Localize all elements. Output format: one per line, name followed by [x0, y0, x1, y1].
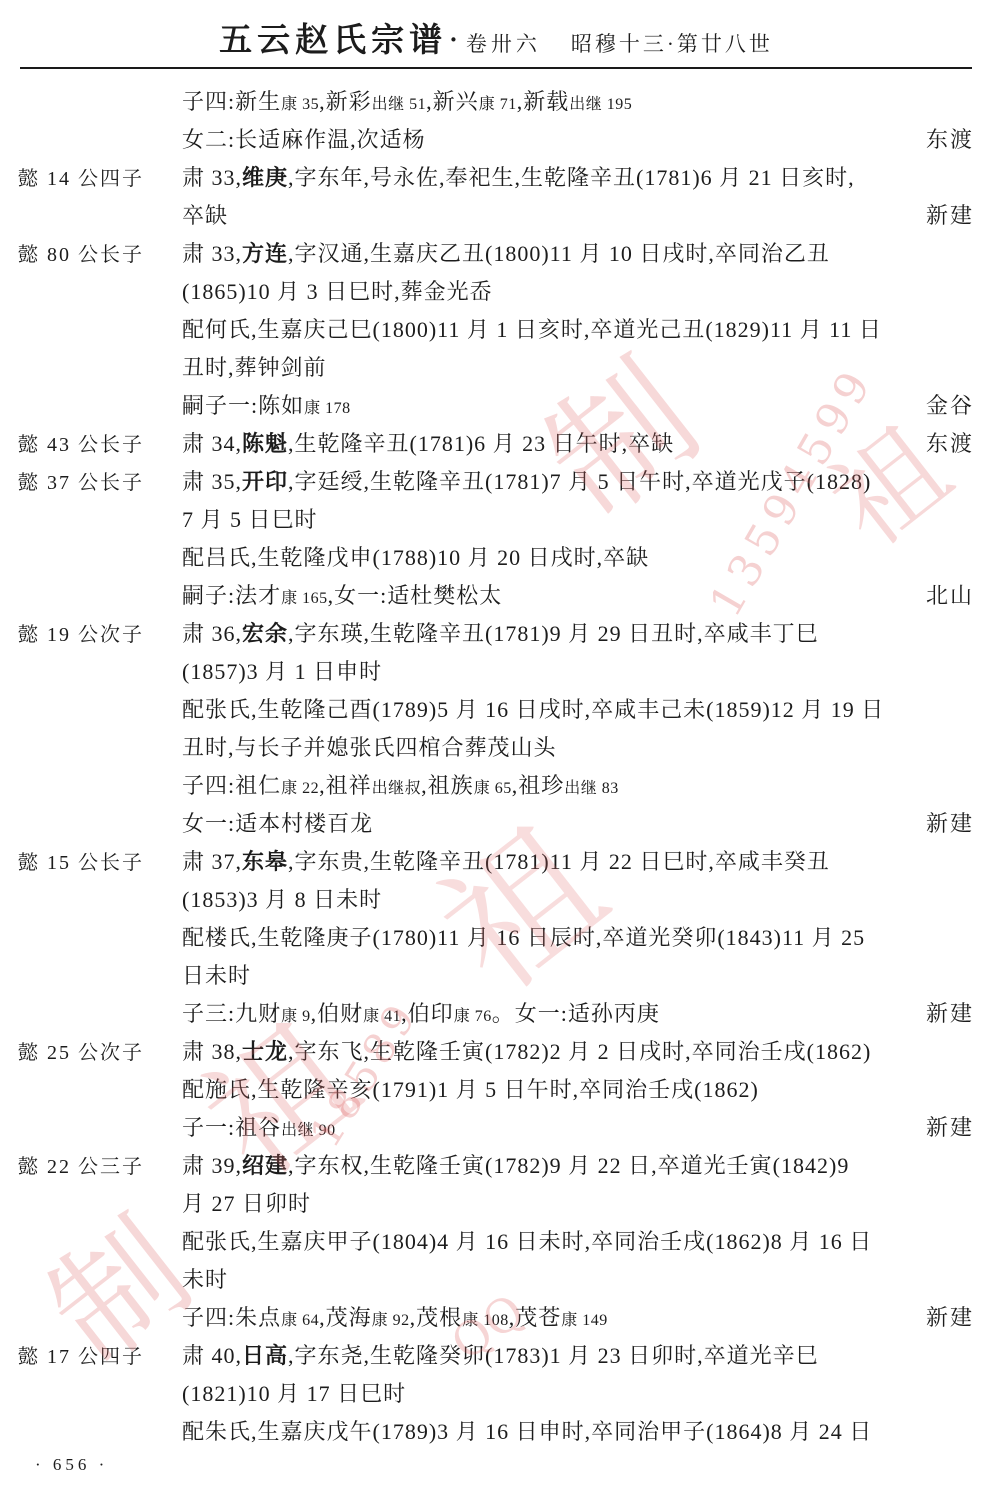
genealogy-line: 懿 43 公长子肃 34,陈魁,生乾隆辛丑(1781)6 月 23 日午时,卒缺… [0, 425, 992, 463]
line-text: 女二:长适麻作温,次适杨 [182, 121, 926, 159]
genealogy-line: 嗣子:法才康 165,女一:适杜樊松太北山 [0, 577, 992, 615]
line-text: 肃 38,士龙,字东飞,生乾隆壬寅(1782)2 月 2 日戌时,卒同治壬戌(1… [182, 1033, 992, 1071]
line-text: 配楼氏,生乾隆庚子(1780)11 月 16 日辰时,卒道光癸卯(1843)11… [182, 919, 992, 957]
genealogy-line: (1857)3 月 1 日申时 [0, 653, 992, 691]
clan-rank-label: 懿 80 公长子 [0, 236, 182, 274]
genealogy-line: 配朱氏,生嘉庆戊午(1789)3 月 16 日申时,卒同治甲子(1864)8 月… [0, 1413, 992, 1451]
line-text: (1853)3 月 8 日未时 [182, 881, 992, 919]
line-text: 肃 40,日高,字东尧,生乾隆癸卯(1783)1 月 23 日卯时,卒道光辛巳 [182, 1337, 992, 1375]
line-text: 未时 [182, 1261, 992, 1299]
line-text: 配施氏,生乾隆辛亥(1791)1 月 5 日午时,卒同治壬戌(1862) [182, 1071, 992, 1109]
genealogy-line: 7 月 5 日巳时 [0, 501, 992, 539]
lines: 子四:新生康 35,新彩出继 51,新兴康 71,新载出继 195女二:长适麻作… [0, 69, 992, 1451]
genealogy-line: 配吕氏,生乾隆戊申(1788)10 月 20 日戌时,卒缺 [0, 539, 992, 577]
clan-rank-label: 懿 15 公长子 [0, 844, 182, 882]
genealogy-line: 配何氏,生嘉庆己巳(1800)11 月 1 日亥时,卒道光己丑(1829)11 … [0, 311, 992, 349]
place-annotation: 新建 [926, 805, 992, 843]
genealogy-line: (1853)3 月 8 日未时 [0, 881, 992, 919]
genealogy-line: (1865)10 月 3 日巳时,葬金光岙 [0, 273, 992, 311]
line-text: 子四:祖仁康 22,祖祥出继叔,祖族康 65,祖珍出继 83 [182, 767, 992, 808]
genealogy-line: 配施氏,生乾隆辛亥(1791)1 月 5 日午时,卒同治壬戌(1862) [0, 1071, 992, 1109]
page-header: 五云赵氏宗谱·卷卅六昭穆十三·第廿八世 [0, 0, 992, 61]
clan-rank-label: 懿 43 公长子 [0, 426, 182, 464]
line-text: 肃 34,陈魁,生乾隆辛丑(1781)6 月 23 日午时,卒缺 [182, 425, 926, 463]
line-text: 日未时 [182, 957, 992, 995]
place-annotation: 新建 [926, 1109, 992, 1147]
clan-rank-label: 懿 37 公长子 [0, 464, 182, 502]
genealogy-page: 制 祖 18589 祖 制 13594599 祖 QQ 五云赵氏宗谱·卷卅六昭穆… [0, 0, 992, 1512]
genealogy-line: 配楼氏,生乾隆庚子(1780)11 月 16 日辰时,卒道光癸卯(1843)11… [0, 919, 992, 957]
line-text: 丑时,葬钟剑前 [182, 349, 992, 387]
genealogy-line: 懿 19 公次子肃 36,宏余,字东瑛,生乾隆辛丑(1781)9 月 29 日丑… [0, 615, 992, 653]
line-text: 肃 35,开印,字廷绶,生乾隆辛丑(1781)7 月 5 日午时,卒道光戊子(1… [182, 463, 992, 501]
place-annotation: 北山 [926, 577, 992, 615]
line-text: 女一:适本村楼百龙 [182, 805, 926, 843]
genealogy-line: 女二:长适麻作温,次适杨东渡 [0, 121, 992, 159]
genealogy-line: 懿 14 公四子肃 33,维庚,字东年,号永佐,奉祀生,生乾隆辛丑(1781)6… [0, 159, 992, 197]
genealogy-line: 丑时,葬钟剑前 [0, 349, 992, 387]
genealogy-line: 懿 15 公长子肃 37,东皋,字东贵,生乾隆辛丑(1781)11 月 22 日… [0, 843, 992, 881]
line-text: 卒缺 [182, 197, 926, 235]
line-text: 肃 33,方连,字汉通,生嘉庆乙丑(1800)11 月 10 日戌时,卒同治乙丑 [182, 235, 992, 273]
line-text: 子四:新生康 35,新彩出继 51,新兴康 71,新载出继 195 [182, 83, 992, 124]
genealogy-line: 子四:祖仁康 22,祖祥出继叔,祖族康 65,祖珍出继 83 [0, 767, 992, 805]
place-annotation: 新建 [926, 197, 992, 235]
genealogy-line: 懿 80 公长子肃 33,方连,字汉通,生嘉庆乙丑(1800)11 月 10 日… [0, 235, 992, 273]
genealogy-line: 月 27 日卯时 [0, 1185, 992, 1223]
line-text: 丑时,与长子并媳张氏四棺合葬茂山头 [182, 729, 992, 767]
genealogy-line: (1821)10 月 17 日巳时 [0, 1375, 992, 1413]
genealogy-line: 懿 25 公次子肃 38,士龙,字东飞,生乾隆壬寅(1782)2 月 2 日戌时… [0, 1033, 992, 1071]
line-text: 肃 33,维庚,字东年,号永佐,奉祀生,生乾隆辛丑(1781)6 月 21 日亥… [182, 159, 992, 197]
line-text: 配吕氏,生乾隆戊申(1788)10 月 20 日戌时,卒缺 [182, 539, 992, 577]
page-number: · 656 · [35, 1455, 108, 1475]
line-text: 配张氏,生嘉庆甲子(1804)4 月 16 日未时,卒同治壬戌(1862)8 月… [182, 1223, 992, 1261]
genealogy-line: 配张氏,生嘉庆甲子(1804)4 月 16 日未时,卒同治壬戌(1862)8 月… [0, 1223, 992, 1261]
genealogy-line: 卒缺新建 [0, 197, 992, 235]
book-title: 五云赵氏宗谱 [219, 23, 447, 59]
place-annotation: 金谷 [926, 387, 992, 425]
place-annotation: 新建 [926, 1299, 992, 1337]
line-text: (1857)3 月 1 日申时 [182, 653, 992, 691]
line-text: 肃 36,宏余,字东瑛,生乾隆辛丑(1781)9 月 29 日丑时,卒咸丰丁巳 [182, 615, 992, 653]
genealogy-line: 子四:朱点康 64,茂海康 92,茂根康 108,茂苍康 149新建 [0, 1299, 992, 1337]
genealogy-line: 丑时,与长子并媳张氏四棺合葬茂山头 [0, 729, 992, 767]
line-text: 嗣子一:陈如康 178 [182, 387, 926, 428]
line-text: 肃 37,东皋,字东贵,生乾隆辛丑(1781)11 月 22 日巳时,卒咸丰癸丑 [182, 843, 992, 881]
section-label: 昭穆十三·第廿八世 [571, 32, 773, 56]
genealogy-line: 未时 [0, 1261, 992, 1299]
genealogy-line: 懿 17 公四子肃 40,日高,字东尧,生乾隆癸卯(1783)1 月 23 日卯… [0, 1337, 992, 1375]
place-annotation: 新建 [926, 995, 992, 1033]
clan-rank-label: 懿 14 公四子 [0, 160, 182, 198]
place-annotation: 东渡 [926, 121, 992, 159]
line-text: 嗣子:法才康 165,女一:适杜樊松太 [182, 577, 926, 618]
genealogy-line: 嗣子一:陈如康 178金谷 [0, 387, 992, 425]
genealogy-line: 女一:适本村楼百龙新建 [0, 805, 992, 843]
line-text: 肃 39,绍建,字东权,生乾隆壬寅(1782)9 月 22 日,卒道光壬寅(18… [182, 1147, 992, 1185]
place-annotation: 东渡 [926, 425, 992, 463]
line-text: 配朱氏,生嘉庆戊午(1789)3 月 16 日申时,卒同治甲子(1864)8 月… [182, 1413, 992, 1451]
genealogy-line: 日未时 [0, 957, 992, 995]
genealogy-line: 子四:新生康 35,新彩出继 51,新兴康 71,新载出继 195 [0, 83, 992, 121]
line-text: 配何氏,生嘉庆己巳(1800)11 月 1 日亥时,卒道光己丑(1829)11 … [182, 311, 992, 349]
genealogy-line: 子三:九财康 9,伯财康 41,伯印康 76。女一:适孙丙庚新建 [0, 995, 992, 1033]
line-text: 配张氏,生乾隆己酉(1789)5 月 16 日戌时,卒咸丰己未(1859)12 … [182, 691, 992, 729]
genealogy-line: 配张氏,生乾隆己酉(1789)5 月 16 日戌时,卒咸丰己未(1859)12 … [0, 691, 992, 729]
clan-rank-label: 懿 25 公次子 [0, 1034, 182, 1072]
clan-rank-label: 懿 22 公三子 [0, 1148, 182, 1186]
genealogy-line: 子一:祖谷出继 90新建 [0, 1109, 992, 1147]
line-text: 子四:朱点康 64,茂海康 92,茂根康 108,茂苍康 149 [182, 1299, 926, 1340]
clan-rank-label: 懿 17 公四子 [0, 1338, 182, 1376]
genealogy-line: 懿 37 公长子肃 35,开印,字廷绶,生乾隆辛丑(1781)7 月 5 日午时… [0, 463, 992, 501]
clan-rank-label: 懿 19 公次子 [0, 616, 182, 654]
line-text: (1821)10 月 17 日巳时 [182, 1375, 992, 1413]
genealogy-line: 懿 22 公三子肃 39,绍建,字东权,生乾隆壬寅(1782)9 月 22 日,… [0, 1147, 992, 1185]
volume-label: 卷卅六 [466, 32, 541, 56]
line-text: 子一:祖谷出继 90 [182, 1109, 926, 1150]
title-separator-dot: · [449, 25, 458, 54]
line-text: 7 月 5 日巳时 [182, 501, 992, 539]
line-text: 月 27 日卯时 [182, 1185, 992, 1223]
line-text: 子三:九财康 9,伯财康 41,伯印康 76。女一:适孙丙庚 [182, 995, 926, 1036]
line-text: (1865)10 月 3 日巳时,葬金光岙 [182, 273, 992, 311]
